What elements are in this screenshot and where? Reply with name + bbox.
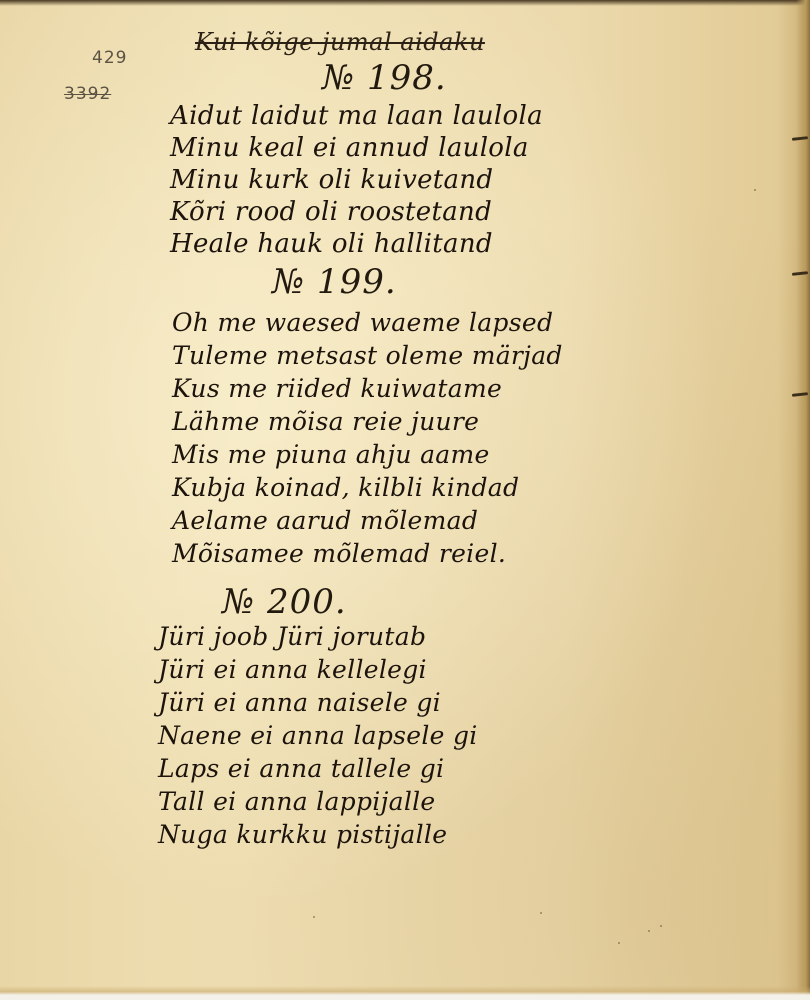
song-number-200: № 200.	[222, 582, 347, 622]
song-number-199: № 199.	[272, 262, 397, 302]
verse-line: Tall ei anna lappijalle	[158, 785, 478, 818]
verse-line: Tuleme metsast oleme märjad	[172, 339, 563, 372]
verse-line: Naene ei anna lapsele gi	[158, 719, 478, 752]
verse-line: Kubja koinad, kilbli kindad	[172, 471, 563, 504]
song-200-verse: Jüri joob Jüri jorutab Jüri ei anna kell…	[158, 620, 478, 851]
verse-line: Jüri ei anna naisele gi	[158, 686, 478, 719]
verse-line: Jüri ei anna kellelegi	[158, 653, 478, 686]
verse-line: Kõri rood oli roostetand	[170, 196, 543, 228]
page-top-edge	[0, 0, 810, 6]
archive-number: 429	[92, 48, 127, 68]
paper-speck	[660, 925, 662, 927]
paper-speck	[754, 189, 756, 191]
archive-number-struck: 3392	[64, 84, 111, 104]
paper-speck	[648, 930, 650, 932]
struck-heading: Kui kõige jumal aidaku	[195, 28, 485, 56]
verse-line: Minu kurk oli kuivetand	[170, 164, 543, 196]
verse-line: Oh me waesed waeme lapsed	[172, 306, 563, 339]
verse-line: Nuga kurkku pistijalle	[158, 818, 478, 851]
song-198-verse: Aidut laidut ma laan laulola Minu keal e…	[170, 100, 543, 260]
verse-line: Heale hauk oli hallitand	[170, 228, 543, 260]
verse-line: Aelame aarud mõlemad	[172, 504, 563, 537]
verse-line: Jüri joob Jüri jorutab	[158, 620, 478, 653]
verse-line: Mõisamee mõlemad reiel.	[172, 537, 563, 570]
page-binding-edge	[796, 0, 810, 1000]
paper-speck	[313, 916, 315, 918]
verse-line: Kus me riided kuiwatame	[172, 372, 563, 405]
verse-line: Minu keal ei annud laulola	[170, 132, 543, 164]
page-bottom-edge	[0, 986, 810, 1000]
verse-line: Aidut laidut ma laan laulola	[170, 100, 543, 132]
song-199-verse: Oh me waesed waeme lapsed Tuleme metsast…	[172, 306, 563, 570]
verse-line: Lähme mõisa reie juure	[172, 405, 563, 438]
paper-speck	[618, 942, 620, 944]
verse-line: Laps ei anna tallele gi	[158, 752, 478, 785]
manuscript-page: 429 3392 Kui kõige jumal aidaku № 198. A…	[0, 0, 810, 1000]
paper-speck	[540, 912, 542, 914]
song-number-198: № 198.	[322, 58, 447, 98]
verse-line: Mis me piuna ahju aame	[172, 438, 563, 471]
